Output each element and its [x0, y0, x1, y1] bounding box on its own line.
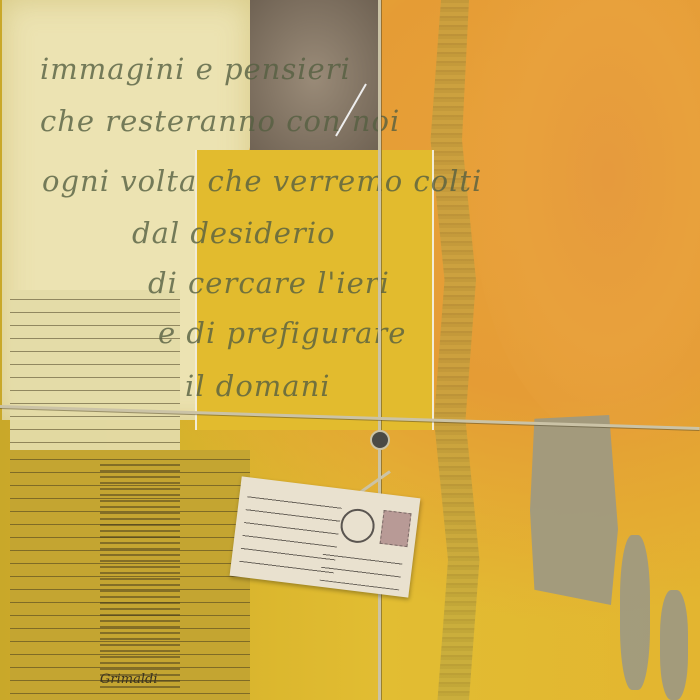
vintage-postcard — [230, 476, 421, 597]
stamp-icon — [380, 510, 412, 547]
twine-vertical — [378, 0, 381, 700]
manuscript-dense-column — [100, 460, 180, 690]
stone-fragment-large — [530, 415, 618, 605]
gray-paper — [250, 0, 378, 157]
artist-signature: Grimaldi — [100, 672, 157, 687]
stone-fragment-small — [660, 590, 688, 700]
postmark-icon — [339, 507, 377, 545]
postcard-address-lines — [320, 545, 404, 590]
orange-wash — [470, 0, 700, 440]
needle — [335, 84, 367, 137]
collage-canvas: immagini e pensieri che resteranno con n… — [0, 0, 700, 700]
button-knot-icon — [370, 430, 390, 450]
stone-fragment-medium — [620, 535, 650, 690]
yellow-panel — [195, 150, 434, 430]
